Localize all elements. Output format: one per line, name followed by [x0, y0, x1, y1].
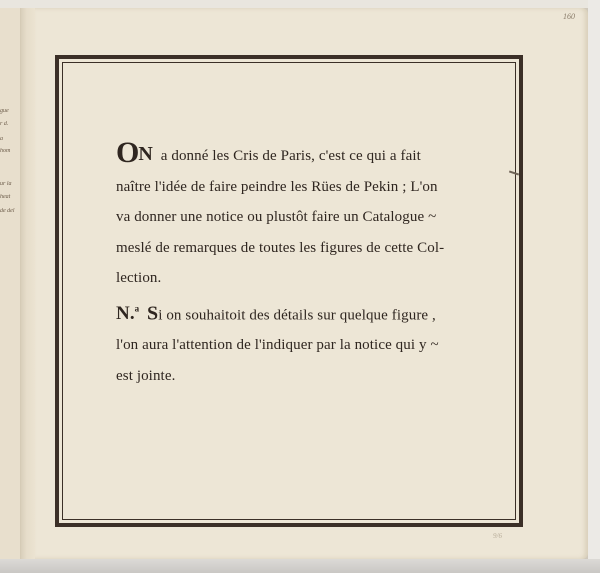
- faint-stamp: 9/6: [493, 532, 502, 540]
- manuscript-text: ON a donné les Cris de Paris, c'est ce q…: [116, 138, 516, 391]
- scan-backdrop-bottom: [0, 559, 600, 573]
- scan-backdrop-top: [0, 0, 600, 8]
- folio-number: 160: [563, 12, 575, 21]
- margin-note: gue: [0, 108, 20, 114]
- nota-bene-label: N.a: [116, 303, 139, 324]
- text-line: naître l'idée de faire peindre les Rües …: [116, 172, 516, 203]
- text-line: lection.: [116, 263, 516, 294]
- margin-note: hom: [0, 148, 20, 154]
- text-line: ON a donné les Cris de Paris, c'est ce q…: [116, 138, 516, 172]
- text-line: est jointe.: [116, 361, 516, 392]
- paragraph-initial: S: [147, 302, 158, 324]
- paragraph-intro: ON a donné les Cris de Paris, c'est ce q…: [116, 138, 516, 294]
- margin-note: ur la: [0, 181, 20, 187]
- scan-backdrop-right: [588, 0, 600, 573]
- facing-page-edge: gue r d. a hom ur la heat de del: [0, 8, 21, 559]
- text-line: N.a Si on souhaitoit des détails sur que…: [116, 294, 516, 331]
- text-line: meslé de remarques de toutes les figures…: [116, 233, 516, 264]
- text-line: va donner une notice ou plustôt faire un…: [116, 202, 516, 233]
- book-gutter: [21, 8, 35, 559]
- margin-note: heat: [0, 194, 20, 200]
- text-line: l'on aura l'attention de l'indiquer par …: [116, 330, 516, 361]
- margin-note: r d.: [0, 121, 20, 127]
- decorated-initial: O: [116, 136, 138, 169]
- paragraph-nota-bene: N.a Si on souhaitoit des détails sur que…: [116, 294, 516, 392]
- margin-note: de del: [0, 208, 20, 214]
- margin-note: a: [0, 136, 20, 142]
- initial-second-letter: N: [138, 143, 153, 165]
